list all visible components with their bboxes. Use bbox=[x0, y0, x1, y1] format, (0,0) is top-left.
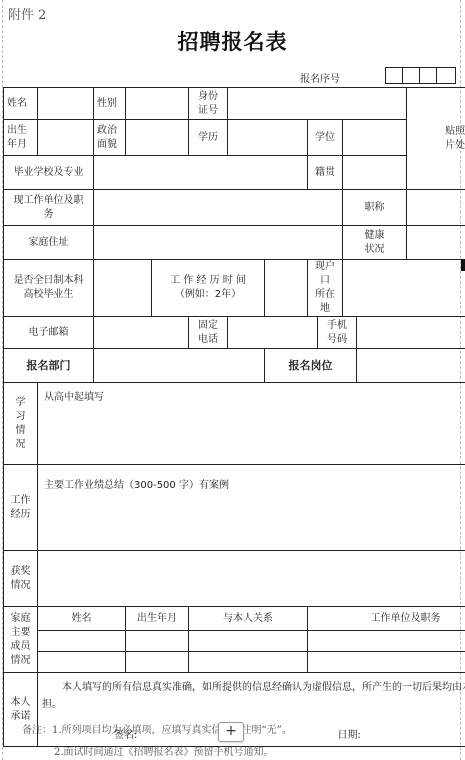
hukou-field[interactable] bbox=[343, 260, 465, 317]
work-years-field[interactable] bbox=[265, 260, 308, 317]
application-form-table: 姓名 性别 身份证号 贴照片处 出生年月 政治面貌 学历 学位 毕业学校及专业 … bbox=[3, 87, 465, 747]
family-row2-relation[interactable] bbox=[189, 652, 308, 673]
position-field[interactable] bbox=[357, 349, 465, 383]
gender-label: 性别 bbox=[94, 88, 126, 120]
title-label: 职称 bbox=[343, 190, 407, 226]
email-label: 电子邮箱 bbox=[4, 317, 94, 349]
school-label: 毕业学校及专业 bbox=[4, 156, 94, 190]
title-field[interactable] bbox=[407, 190, 465, 226]
id-label: 身份证号 bbox=[189, 88, 228, 120]
work-years-line2: （例如：2年） bbox=[175, 289, 241, 300]
hukou-label-line2: 所在地 bbox=[315, 289, 335, 314]
hukou-label-line1: 现户口 bbox=[315, 261, 335, 286]
gender-field[interactable] bbox=[126, 88, 189, 120]
education-field[interactable] bbox=[228, 120, 308, 156]
degree-field[interactable] bbox=[343, 120, 407, 156]
work-years-line1: 工 作 经 历 时 间 bbox=[170, 275, 246, 286]
current-job-line2: 务 bbox=[44, 209, 54, 220]
note-line-2: 2.面试时间通过《招聘报名表》预留手机号通知。 bbox=[22, 742, 292, 760]
family-header-birth: 出生年月 bbox=[126, 607, 189, 631]
email-field[interactable] bbox=[94, 317, 189, 349]
family-label-line: 家庭 bbox=[11, 613, 31, 624]
family-row2-job[interactable] bbox=[308, 652, 465, 673]
family-row1-name[interactable] bbox=[38, 631, 126, 652]
health-label: 健康状况 bbox=[343, 226, 407, 260]
address-field[interactable] bbox=[94, 226, 343, 260]
promise-text: 本人填写的所有信息真实准确，如所提供的信息经确认为虚假信息，所产生的一切后果均由… bbox=[38, 673, 465, 713]
position-label: 报名岗位 bbox=[265, 349, 357, 383]
family-row1-relation[interactable] bbox=[189, 631, 308, 652]
address-label: 家庭住址 bbox=[4, 226, 94, 260]
dept-label: 报名部门 bbox=[4, 349, 94, 383]
study-label: 学习情况 bbox=[4, 383, 38, 465]
current-job-line1: 现工作单位及职 bbox=[14, 195, 84, 206]
study-hint: 从高中起填写 bbox=[44, 392, 104, 403]
current-job-label: 现工作单位及职务 bbox=[4, 190, 94, 226]
fulltime-label-line1: 是否全日制本科 bbox=[14, 275, 84, 286]
health-field[interactable] bbox=[407, 226, 465, 260]
attachment-label: 附件 2 bbox=[8, 4, 46, 23]
hukou-label: 现户口所在地 bbox=[308, 260, 343, 317]
date-label[interactable]: 日期: bbox=[280, 729, 465, 742]
name-field[interactable] bbox=[38, 88, 94, 120]
family-header-job: 工作单位及职务 bbox=[308, 607, 465, 631]
family-label-line: 主要 bbox=[11, 627, 31, 638]
fulltime-field[interactable] bbox=[94, 260, 152, 317]
dept-field[interactable] bbox=[94, 349, 265, 383]
school-field[interactable] bbox=[94, 156, 308, 190]
family-label-line: 情况 bbox=[11, 655, 31, 666]
phone-label-line1: 固定 bbox=[198, 320, 218, 331]
work-years-label: 工 作 经 历 时 间（例如：2年） bbox=[152, 260, 265, 317]
work-label: 工作经历 bbox=[4, 465, 38, 551]
phone-label-line2: 电话 bbox=[198, 334, 218, 345]
study-label-char: 习 bbox=[16, 411, 26, 422]
study-label-char: 况 bbox=[16, 439, 26, 450]
work-label-line1: 工作 bbox=[11, 495, 31, 506]
promise-label-line1: 本人 bbox=[11, 697, 31, 708]
id-number-field[interactable] bbox=[228, 88, 407, 120]
work-hint: 主要工作业绩总结（300-500 字）有案例 bbox=[44, 480, 229, 491]
phone-label: 固定电话 bbox=[189, 317, 228, 349]
id-label-line2: 证号 bbox=[198, 105, 218, 116]
page-title: 招聘报名表 bbox=[0, 26, 465, 56]
birth-field[interactable] bbox=[38, 120, 94, 156]
family-row2-birth[interactable] bbox=[126, 652, 189, 673]
family-label-line: 成员 bbox=[11, 641, 31, 652]
mobile-label-line2: 号码 bbox=[327, 334, 347, 345]
health-label-line1: 健康 bbox=[365, 230, 385, 241]
awards-label-line2: 情况 bbox=[11, 580, 31, 591]
photo-area[interactable]: 贴照片处 bbox=[407, 88, 465, 190]
seq-box[interactable] bbox=[437, 68, 455, 83]
family-header-relation: 与本人关系 bbox=[189, 607, 308, 631]
seq-box[interactable] bbox=[386, 68, 403, 83]
fulltime-label: 是否全日制本科高校毕业生 bbox=[4, 260, 94, 317]
seq-box[interactable] bbox=[420, 68, 437, 83]
id-label-line1: 身份 bbox=[198, 91, 218, 102]
note-line-1: 备注：1.所列项目均为必填项，应填写真实信息或注明“无”。 bbox=[22, 720, 292, 742]
native-field[interactable] bbox=[343, 156, 407, 190]
page-edge-marker bbox=[461, 259, 465, 271]
seq-label: 报名序号 bbox=[300, 70, 340, 85]
awards-label-line1: 获奖 bbox=[11, 566, 31, 577]
family-row2-name[interactable] bbox=[38, 652, 126, 673]
notes-section: 备注：1.所列项目均为必填项，应填写真实信息或注明“无”。 2.面试时间通过《招… bbox=[22, 720, 292, 760]
study-label-char: 情 bbox=[16, 425, 26, 436]
photo-label-line2: 片处 bbox=[445, 140, 465, 151]
political-label-line1: 政治 bbox=[97, 125, 117, 136]
education-label: 学历 bbox=[189, 120, 228, 156]
family-label: 家庭主要成员情况 bbox=[4, 607, 38, 673]
study-field[interactable]: 从高中起填写 bbox=[38, 383, 465, 465]
family-row1-job[interactable] bbox=[308, 631, 465, 652]
work-field[interactable]: 主要工作业绩总结（300-500 字）有案例 bbox=[38, 465, 465, 551]
seq-box[interactable] bbox=[403, 68, 420, 83]
name-label: 姓名 bbox=[4, 88, 38, 120]
work-label-line2: 经历 bbox=[11, 509, 31, 520]
birth-label-line1: 出生 bbox=[7, 125, 27, 136]
political-field[interactable] bbox=[126, 120, 189, 156]
seq-number-boxes bbox=[385, 67, 456, 84]
mobile-label-line1: 手机 bbox=[327, 320, 347, 331]
phone-field[interactable] bbox=[228, 317, 318, 349]
native-label: 籍贯 bbox=[308, 156, 343, 190]
degree-label: 学位 bbox=[308, 120, 343, 156]
photo-label-line1: 贴照 bbox=[445, 126, 465, 137]
family-row1-birth[interactable] bbox=[126, 631, 189, 652]
mobile-field[interactable] bbox=[357, 317, 465, 349]
add-button[interactable]: + bbox=[218, 722, 244, 742]
family-header-name: 姓名 bbox=[38, 607, 126, 631]
current-job-field[interactable] bbox=[94, 190, 343, 226]
political-label-line2: 面貌 bbox=[97, 139, 117, 150]
birth-label: 出生年月 bbox=[4, 120, 38, 156]
birth-label-line2: 年月 bbox=[7, 139, 27, 150]
fulltime-label-line2: 高校毕业生 bbox=[24, 289, 74, 300]
awards-label: 获奖情况 bbox=[4, 551, 38, 607]
mobile-label: 手机号码 bbox=[318, 317, 357, 349]
study-label-char: 学 bbox=[16, 397, 26, 408]
health-label-line2: 状况 bbox=[365, 244, 385, 255]
awards-field[interactable] bbox=[38, 551, 465, 607]
political-label: 政治面貌 bbox=[94, 120, 126, 156]
